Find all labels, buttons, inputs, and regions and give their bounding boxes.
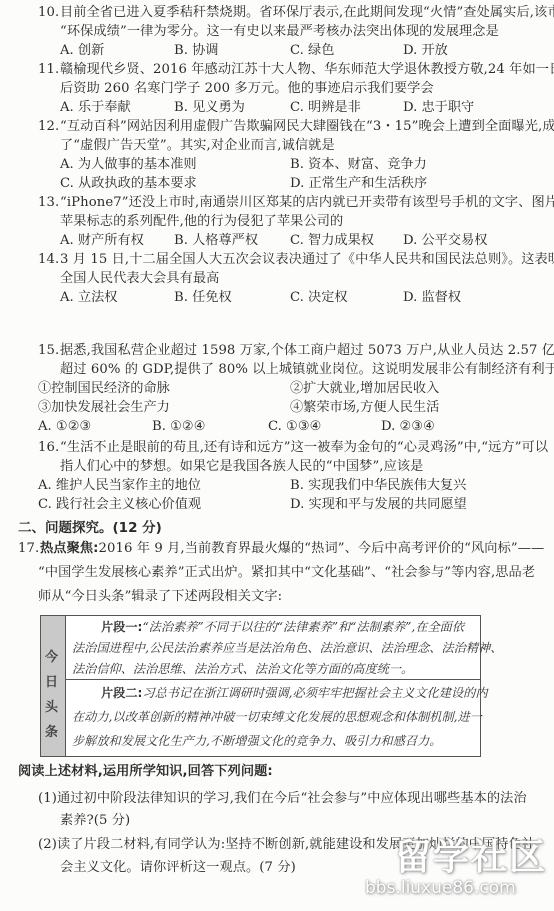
section-title: 二、问题探究。(12 分) <box>18 516 162 536</box>
hotspot-label: 热点聚焦: <box>40 541 99 556</box>
option-b: B. 协调 <box>174 42 218 60</box>
exam-page: 10.目前全省已进入夏季秸秆禁烧期。省环保厅表示,在此期间发现“火情”查处属实后… <box>0 0 554 911</box>
question-10: 10.目前全省已进入夏季秸秆禁烧期。省环保厅表示,在此期间发现“火情”查处属实后… <box>38 4 554 22</box>
option-a: A. ①②③ <box>38 418 91 436</box>
option-a: A. 立法权 <box>60 289 117 307</box>
option-d: D. 监督权 <box>403 289 461 307</box>
option-d: D. 忠于职守 <box>403 99 474 117</box>
option-b: B. 见义勇为 <box>174 99 245 117</box>
material-box: 今 日 头 条 片段一:“法治素养”不同于以往的“法律素养”和“法制素养”,在全… <box>40 615 481 757</box>
option-b: B. 任免权 <box>174 289 232 307</box>
sub-question-1: (1)通过初中阶段法律知识的学习,我们在今后“社会参与”中应体现出哪些基本的法治 <box>38 790 527 808</box>
box-side-label: 今 日 头 条 <box>41 616 66 756</box>
statement-3: ③加快发展社会生产力 <box>38 399 170 417</box>
option-c: C. 践行社会主义核心价值观 <box>38 496 201 514</box>
option-a: A. 创新 <box>60 42 104 60</box>
option-b: B. ①②④ <box>152 418 206 436</box>
option-c: C. ①③④ <box>268 418 321 436</box>
option-b: B. 实现我们中华民族伟大复兴 <box>290 477 466 495</box>
option-a: A. 乐于奉献 <box>60 99 131 117</box>
option-d: D. 正常生产和生活秩序 <box>290 175 427 193</box>
option-d: D. ②③④ <box>381 418 435 436</box>
option-a: A. 财产所有权 <box>60 232 144 250</box>
option-c: C. 绿色 <box>290 42 334 60</box>
watermark-logo: 留学社区 bbs.liuxue86.com <box>395 838 554 908</box>
option-d: D. 开放 <box>403 42 448 60</box>
question-16: 16.“生活不止是眼前的苟且,还有诗和远方”这一被奉为金句的“心灵鸡汤”中,“远… <box>38 439 548 457</box>
statement-4: ④繁荣市场,方便人民生活 <box>290 399 439 417</box>
statement-2: ②扩大就业,增加居民收入 <box>290 380 439 398</box>
question-11: 11.赣榆现代乡贤、2016 年感动江苏十大人物、华东师范大学退休教授方敬,24… <box>38 61 554 79</box>
fragment-2: 片段二:习总书记在浙江调研时强调,必须牢牢把握社会主义文化建设的内 <box>101 682 488 704</box>
option-c: C. 明辨是非 <box>290 99 361 117</box>
option-c: C. 从政执政的基本要求 <box>60 175 197 193</box>
question-15: 15.据悉,我国私营企业超过 1598 万家,个体工商户超过 5073 万户,从… <box>38 342 554 360</box>
option-d: D. 公平交易权 <box>403 232 487 250</box>
option-b: B. 资本、财富、竞争力 <box>290 156 427 174</box>
question-17: 17.热点聚焦:2016 年 9 月,当前教育界最火爆的“热词”、今后中高考评价… <box>18 540 544 558</box>
question-13: 13.“iPhone7”还没上市时,南通崇川区郑某的店内就已开卖带有该型号手机的… <box>38 194 554 212</box>
option-b: B. 人格尊严权 <box>174 232 258 250</box>
option-c: C. 决定权 <box>290 289 348 307</box>
option-a: A. 为人做事的基本准则 <box>60 156 197 174</box>
question-14: 14.3 月 15 日,十二届全国人大五次会议表决通过了《中华人民共和国民法总则… <box>38 251 554 269</box>
box-divider <box>65 679 480 680</box>
statement-1: ①控制国民经济的命脉 <box>38 380 170 398</box>
question-12: 12.“互动百科”网站因利用虚假广告欺骗网民大肆圈钱在“3・15”晚会上遭到全面… <box>38 118 554 136</box>
option-c: C. 智力成果权 <box>290 232 374 250</box>
fragment-1: 片段一:“法治素养”不同于以往的“法律素养”和“法制素养”,在全面依 <box>101 616 464 638</box>
option-a: A. 维护人民当家作主的地位 <box>38 477 201 495</box>
instruction: 阅读上述材料,运用所学知识,回答下列问题: <box>18 763 273 781</box>
option-d: D. 实现和平与发展的共同愿望 <box>290 496 467 514</box>
